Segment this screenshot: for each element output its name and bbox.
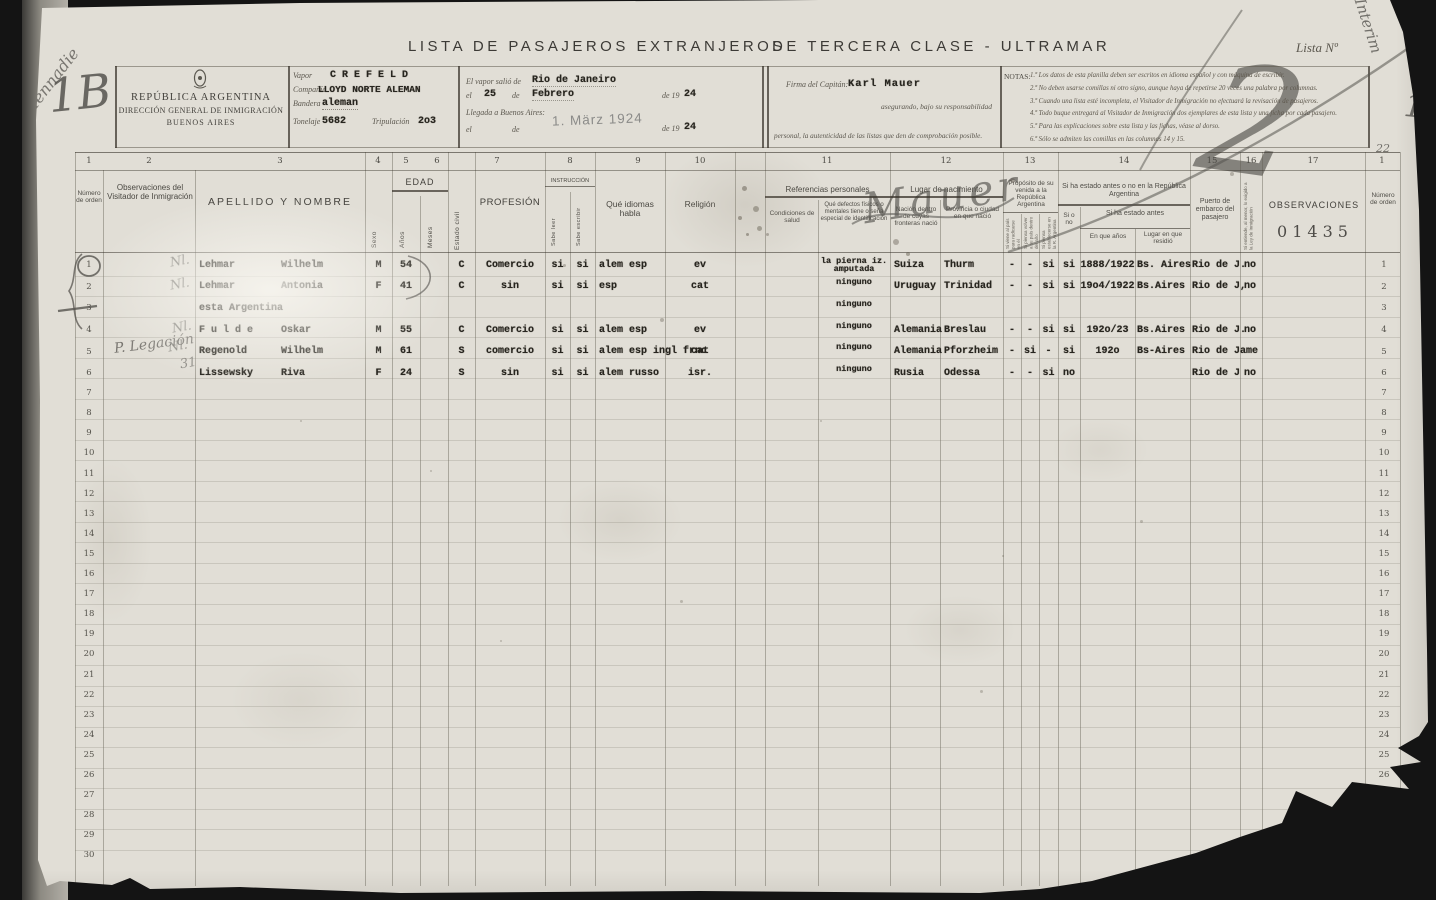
row-cell-estado: C (448, 260, 475, 271)
table-row: F u l d eOskarM55CComerciosisialem espev… (0, 320, 1436, 342)
edge-mark-8: 8 (6, 685, 19, 705)
row-cell-estado: S (448, 346, 475, 357)
nota-line: 4.ª Todo buque entregará al Visitador de… (1030, 110, 1375, 117)
row-number-left: 1 (75, 260, 103, 270)
row-number-right: 16 (1370, 569, 1398, 579)
row-cell-prof: sin (475, 368, 545, 379)
row-number-right: 2 (1370, 282, 1398, 292)
paper-speck (430, 470, 432, 472)
table-row: esta Argentinaninguno (0, 298, 1436, 320)
row-number-right: 4 (1370, 325, 1398, 335)
row-cell-prof: sin (475, 281, 545, 292)
de-label-2: de (512, 125, 520, 134)
dia-value: 25 (484, 89, 496, 100)
row-cell-puerto: Rio de J (1192, 368, 1244, 379)
row-number-right: 9 (1370, 428, 1398, 438)
box-band-top-line (115, 66, 1368, 67)
row-number-left: 21 (75, 670, 103, 680)
row-cell-leer: si (545, 368, 570, 379)
column-number: 5 (403, 156, 408, 166)
header-referencias: Referencias personales (765, 185, 890, 194)
row-cell-p1: - (1003, 281, 1021, 292)
row-cell-surname: esta Argentina (199, 303, 283, 314)
row-number-right: 3 (1370, 303, 1398, 313)
el-label-2: el (466, 125, 472, 134)
captain-clause-2: personal, la autenticidad de las listas … (774, 132, 998, 140)
row-cell-given: Wilhelm (281, 260, 363, 271)
grid-rowline (75, 583, 1400, 584)
row-cell-given: Riva (281, 368, 363, 379)
column-number: 13 (1025, 156, 1036, 166)
row-number-left: 25 (75, 750, 103, 760)
paper-speck (893, 239, 899, 245)
row-number-left: 2 (75, 282, 103, 292)
row-number-left: 10 (75, 448, 103, 458)
row-cell-escribir: si (570, 346, 595, 357)
box-divider-4b (767, 66, 769, 148)
header-instruccion: INSTRUCCIÓN (545, 178, 595, 184)
row-cell-religion: cat (665, 346, 735, 357)
grid-hline (75, 252, 1400, 253)
header-meses: Meses (427, 198, 434, 248)
row-cell-sexo: M (365, 325, 392, 336)
column-number: 6 (434, 156, 439, 166)
grid-rowline (75, 706, 1400, 707)
anio-value: 24 (684, 89, 696, 100)
table-row: LehmarAntoniaF41CsinsisiespcatningunoUru… (0, 276, 1436, 298)
row-number-right: 17 (1370, 589, 1398, 599)
row-number-left: 17 (75, 589, 103, 599)
row-cell-religion: ev (665, 325, 735, 336)
row-cell-given: Antonia (281, 281, 363, 292)
column-number: 17 (1308, 156, 1319, 166)
corner-handwriting-top-right: Interim (1351, 0, 1386, 55)
row-cell-provincia: Trinidad (944, 281, 1004, 292)
header-num-orden: Número de orden (76, 190, 102, 204)
header-apellido: APELLIDO Y NOMBRE (200, 196, 360, 208)
grid-hline (545, 186, 595, 187)
row-cell-anos: 61 (392, 346, 420, 357)
grid-rowline (75, 399, 1400, 400)
row-number-left: 19 (75, 629, 103, 639)
row-cell-residio: Bs-Aires (1137, 346, 1192, 357)
column-number: 8 (567, 156, 572, 166)
grid-rowline (75, 747, 1400, 748)
row-number-right: 11 (1370, 469, 1398, 479)
header-profesion: PROFESIÓN (475, 197, 545, 208)
row-cell-en_anos: 192o (1080, 346, 1135, 357)
bandera-label: Bandera (293, 99, 321, 108)
row-cell-p3: si (1039, 281, 1058, 292)
row-cell-surname: Regenold (199, 346, 283, 357)
row-number-right: 18 (1370, 609, 1398, 619)
de19-label-1: de 19 (662, 91, 680, 100)
row-number-right: 23 (1370, 710, 1398, 720)
row-cell-surname: F u l d e (199, 325, 283, 336)
row-cell-c16: no (1238, 325, 1262, 336)
header-estado-antes: Si ha estado antes o no en la República … (1060, 183, 1188, 199)
paper-speck (500, 640, 502, 642)
grid-rowline (75, 542, 1400, 543)
row-cell-estado: C (448, 281, 475, 292)
row-number-right: 20 (1370, 649, 1398, 659)
row-cell-p1: - (1003, 346, 1021, 357)
row-number-left: 6 (75, 368, 103, 378)
row-number-right: 5 (1370, 347, 1398, 357)
paper-speck (820, 420, 822, 422)
grid-rowline (75, 460, 1400, 461)
column-number: 15 (1207, 156, 1218, 166)
row-number-left: 7 (75, 388, 103, 398)
grid-hline (1080, 228, 1190, 229)
origen-value: Rio de Janeiro (532, 75, 616, 87)
paper-speck (680, 600, 683, 603)
mes-value: Febrero (532, 89, 574, 101)
row-cell-en_anos: 192o/23 (1080, 325, 1135, 336)
row-cell-defectos: ninguno (818, 278, 890, 287)
grid-rowline (75, 665, 1400, 666)
handwritten-code-1b: 1B (45, 63, 113, 123)
row-number-left: 20 (75, 649, 103, 659)
salio-label: El vapor salió de (466, 77, 521, 86)
paper-speck (1230, 172, 1234, 176)
row-cell-p1: - (1003, 368, 1021, 379)
row-cell-leer: si (545, 260, 570, 271)
compania-value: LLOYD NORTE ALEMAN (318, 84, 421, 95)
de-label: de (512, 91, 520, 100)
row-number-right: 21 (1370, 670, 1398, 680)
grid-rowline (75, 850, 1400, 851)
de19-label-2: de 19 (662, 124, 680, 133)
column-number: 2 (146, 156, 151, 166)
grid-rowline (75, 481, 1400, 482)
scanned-passenger-list: Mennadie Interim 8 LISTA DE PASAJEROS EX… (0, 0, 1436, 900)
table-row: LissewskyRivaF24Ssinsisialem russoisr.ni… (0, 363, 1436, 385)
grid-rowline (75, 501, 1400, 502)
row-cell-sexo: F (365, 368, 392, 379)
row-number-right: 29 (1370, 830, 1398, 840)
header-provincia: Provincia o ciudad en que nació (942, 206, 1003, 220)
grid-rowline (75, 624, 1400, 625)
column-number: 11 (822, 156, 833, 166)
row-number-right: 19 (1370, 629, 1398, 639)
box-band-bottom-line (115, 147, 1368, 148)
row-cell-p1: - (1003, 325, 1021, 336)
row-cell-surname: Lehmar (199, 260, 283, 271)
row-cell-estado: C (448, 325, 475, 336)
anio2-value: 24 (684, 122, 696, 133)
box-divider-4a (762, 66, 764, 148)
vapor-value: C R E F E L D (330, 70, 408, 81)
document-title-left: LISTA DE PASAJEROS EXTRANJEROS (408, 38, 786, 55)
row-number-right: 22 (1370, 690, 1398, 700)
table-row: RegenoldWilhelmM61Scomerciosisialem esp … (0, 341, 1436, 363)
row-number-right: 10 (1370, 448, 1398, 458)
row-number-left: 9 (75, 428, 103, 438)
column-number: 16 (1246, 156, 1257, 166)
tripulacion-label: Tripulación (372, 117, 409, 126)
row-cell-sino: si (1058, 346, 1080, 357)
row-cell-c16: no (1238, 260, 1262, 271)
paper-speck (300, 420, 302, 422)
header-puerto: Puerto de embarco del pasajero (1192, 198, 1238, 222)
row-number-left: 8 (75, 408, 103, 418)
grid-rowline (75, 829, 1400, 830)
row-cell-p3: si (1039, 260, 1058, 271)
tripulacion-value: 2o3 (418, 116, 436, 127)
document-title-right: DE TERCERA CLASE - ULTRAMAR (772, 38, 1110, 55)
paper-speck (1140, 520, 1143, 523)
arrival-date-stamp: 1. März 1924 (552, 110, 643, 128)
paper-speck (738, 216, 742, 220)
row-cell-p1: - (1003, 260, 1021, 271)
row-cell-anos: 54 (392, 260, 420, 271)
paper-speck (753, 206, 759, 212)
nota-line: 3.ª Cuando una lista esté incompleta, el… (1030, 98, 1375, 105)
nota-line: 2.ª No deben usarse comillas ni otro sig… (1030, 85, 1375, 92)
grid-rowline (75, 809, 1400, 810)
row-number-right: 15 (1370, 549, 1398, 559)
row-cell-en_anos: 19o4/1922 (1080, 281, 1135, 292)
column-number: 12 (941, 156, 952, 166)
row-cell-sino: si (1058, 325, 1080, 336)
row-number-left: 22 (75, 690, 103, 700)
row-cell-sino: si (1058, 281, 1080, 292)
row-number-left: 14 (75, 529, 103, 539)
row-number-right: 27 (1370, 790, 1398, 800)
row-number-left: 27 (75, 790, 103, 800)
box-divider-1 (115, 66, 117, 148)
paper-speck (757, 226, 762, 231)
row-cell-given: Wilhelm (281, 346, 363, 357)
el-label: el (466, 91, 472, 100)
row-cell-escribir: si (570, 368, 595, 379)
row-number-left: 15 (75, 549, 103, 559)
paper-speck (742, 186, 747, 191)
row-cell-religion: cat (665, 281, 735, 292)
header-sabe-escribir: Sabe escribir (576, 196, 582, 246)
row-cell-anos: 55 (392, 325, 420, 336)
row-number-right: 1 (1370, 260, 1398, 270)
column-number: 14 (1119, 156, 1130, 166)
handwritten-list-number: 17 (1402, 86, 1436, 128)
row-cell-residio: Bs.Aires (1137, 281, 1192, 292)
row-number-right: 13 (1370, 509, 1398, 519)
row-cell-leer: si (545, 325, 570, 336)
row-cell-anos: 41 (392, 281, 420, 292)
row-cell-religion: ev (665, 260, 735, 271)
llegada-label: Llegada a Buenos Aires: (466, 108, 545, 117)
row-cell-provincia: Pforzheim (944, 346, 1004, 357)
paper-speck (766, 233, 769, 236)
row-cell-sexo: M (365, 260, 392, 271)
agency-city: BUENOS AIRES (120, 118, 282, 127)
capitan-nombre: Karl Mauer (848, 78, 921, 90)
row-cell-religion: isr. (665, 368, 735, 379)
row-cell-estado: S (448, 368, 475, 379)
row-number-right: 26 (1370, 770, 1398, 780)
header-si-ha-estado: Si ha estado antes (1082, 210, 1188, 217)
row-cell-anos: 24 (392, 368, 420, 379)
row-number-left: 11 (75, 469, 103, 479)
grid-hline (1058, 204, 1190, 206)
row-cell-prof: comercio (475, 346, 545, 357)
row-number-left: 3 (75, 303, 103, 313)
row-number-left: 18 (75, 609, 103, 619)
row-cell-defectos: ninguno (818, 300, 890, 309)
row-number-right: 7 (1370, 388, 1398, 398)
row-number-left: 16 (75, 569, 103, 579)
row-cell-p3: - (1039, 346, 1058, 357)
paper-sheet: Mennadie Interim 8 LISTA DE PASAJEROS EX… (0, 0, 1436, 900)
header-estado-civil: Estado civil (454, 190, 461, 250)
paper-speck (746, 233, 749, 236)
header-proposito-sub2: Si piensa volver a su país dentro del añ… (1023, 215, 1038, 249)
row-cell-residio: Bs. Aires (1137, 260, 1192, 271)
row-cell-escribir: si (570, 260, 595, 271)
captain-clause-1: asegurando, bajo su responsabilidad (820, 102, 992, 111)
header-edad: EDAD (392, 177, 448, 187)
header-proposito: Propósito de su venida a la República Ar… (1004, 180, 1058, 208)
pencil-mark: 31 (179, 355, 198, 373)
nota-line: 6.ª Sólo se admiten las comillas en las … (1030, 136, 1375, 143)
row-cell-residio: Bs.Aires (1137, 325, 1192, 336)
grid-rowline (75, 645, 1400, 646)
bandera-value: aleman (322, 98, 358, 110)
row-cell-prof: Comercio (475, 260, 545, 271)
stamp-number: 01435 (1266, 222, 1364, 241)
paper-speck (1002, 555, 1004, 557)
row-number-left: 30 (75, 850, 103, 860)
header-religion: Religión (665, 200, 735, 209)
row-cell-p2: - (1021, 325, 1039, 336)
row-cell-given: Oskar (281, 325, 363, 336)
vapor-label: Vapor (293, 71, 312, 80)
notas-label: NOTAS: (1004, 72, 1030, 81)
grid-rowline (75, 604, 1400, 605)
row-number-right: 12 (1370, 489, 1398, 499)
header-cond-salud: Condiciones de salud (767, 210, 817, 224)
row-number-left: 28 (75, 810, 103, 820)
row-number-right: 25 (1370, 750, 1398, 760)
header-lugar-residio: Lugar en que residió (1136, 231, 1190, 245)
row-number-right: 28 (1370, 810, 1398, 820)
row-cell-p2: si (1021, 346, 1039, 357)
row-cell-puerto: Rio de J. (1192, 325, 1244, 336)
box-divider-2 (288, 66, 290, 148)
agency-department: DIRECCIÓN GENERAL DE INMIGRACIÓN (118, 106, 284, 115)
row-cell-en_anos: 1888/1922 (1080, 260, 1135, 271)
row-cell-p3: si (1039, 368, 1058, 379)
column-number: 10 (695, 156, 706, 166)
row-cell-leer: si (545, 281, 570, 292)
row-cell-puerto: Rio de J. (1192, 260, 1244, 271)
header-nacion: Nación dentro de cuyas fronteras nació (892, 206, 940, 227)
row-number-left: 5 (75, 347, 103, 357)
nota-line: 1.ª Los datos de esta planilla deben ser… (1030, 72, 1375, 79)
tonelaje-value: 5682 (322, 116, 346, 127)
header-sexo: Sexo (371, 196, 378, 248)
row-number-left: 23 (75, 710, 103, 720)
grid-rowline (75, 440, 1400, 441)
row-cell-prof: Comercio (475, 325, 545, 336)
row-cell-provincia: Breslau (944, 325, 1004, 336)
row-number-left: 13 (75, 509, 103, 519)
row-cell-sino: si (1058, 260, 1080, 271)
row-number-right: 14 (1370, 529, 1398, 539)
coat-of-arms-icon (192, 69, 208, 94)
grid-rowline (75, 768, 1400, 769)
row-cell-c16: no (1238, 281, 1262, 292)
row-cell-defectos: ninguno (818, 343, 890, 352)
row-number-left: 24 (75, 730, 103, 740)
paper-speck (563, 264, 566, 267)
column-number: 3 (277, 156, 282, 166)
grid-hline (75, 170, 1400, 171)
row-cell-surname: Lehmar (199, 281, 283, 292)
header-anos: Años (399, 198, 406, 248)
header-si-o-no: Si o no (1059, 212, 1079, 226)
row-cell-escribir: si (570, 281, 595, 292)
column-number: 7 (494, 156, 499, 166)
row-cell-provincia: Thurm (944, 260, 1004, 271)
row-cell-p2: - (1021, 368, 1039, 379)
box-divider-5 (1000, 66, 1002, 148)
row-number-right: 6 (1370, 368, 1398, 378)
row-cell-surname: Lissewsky (199, 368, 283, 379)
header-proposito-sub3: Si piensa establecerse en la R. Argentin… (1041, 215, 1056, 249)
row-cell-defectos: ninguno (818, 322, 890, 331)
tonelaje-label: Tonelaje (293, 117, 320, 126)
header-observaciones: OBSERVACIONES (1264, 200, 1364, 210)
row-cell-provincia: Odessa (944, 368, 1004, 379)
agency-country: REPÚBLICA ARGENTINA (120, 92, 282, 103)
row-number-left: 29 (75, 830, 103, 840)
row-cell-leer: si (545, 346, 570, 357)
row-cell-p3: si (1039, 325, 1058, 336)
column-number: 1 (86, 156, 91, 166)
row-number-left: 4 (75, 325, 103, 335)
grid-rowline (75, 727, 1400, 728)
header-idiomas: Qué idiomas habla (595, 200, 665, 218)
header-lugar-nacimiento: Lugar de nacimiento (890, 185, 1003, 194)
paper-speck (1010, 178, 1015, 183)
paper-speck (906, 252, 910, 256)
row-number-right: 24 (1370, 730, 1398, 740)
header-sabe-leer: Sabe leer (551, 196, 557, 246)
grid-hline (75, 152, 1400, 153)
paper-speck (660, 318, 664, 322)
column-number: 4 (375, 156, 380, 166)
paper-speck (980, 690, 983, 693)
header-num-orden-right: Número de orden (1368, 192, 1398, 206)
row-cell-puerto: Rio de J, (1192, 281, 1244, 292)
grid-rowline (75, 522, 1400, 523)
grid-hline (392, 190, 448, 192)
row-cell-sino: no (1058, 368, 1080, 379)
column-number: 9 (635, 156, 640, 166)
column-number: 1 (1379, 156, 1384, 166)
grid-rowline (75, 788, 1400, 789)
header-col16: Si entiende, al menor, lo exigido a la L… (1243, 178, 1259, 250)
row-number-right: 8 (1370, 408, 1398, 418)
grid-rowline (75, 419, 1400, 420)
row-cell-defectos: la pierna iz. amputada (818, 257, 890, 274)
nota-line: 5.ª Para las explicaciones sobre esta li… (1030, 123, 1375, 130)
header-observaciones-visitador: Observaciones del Visitador de Inmigraci… (106, 183, 194, 201)
grid-rowline (75, 563, 1400, 564)
row-cell-defectos: ninguno (818, 365, 890, 374)
